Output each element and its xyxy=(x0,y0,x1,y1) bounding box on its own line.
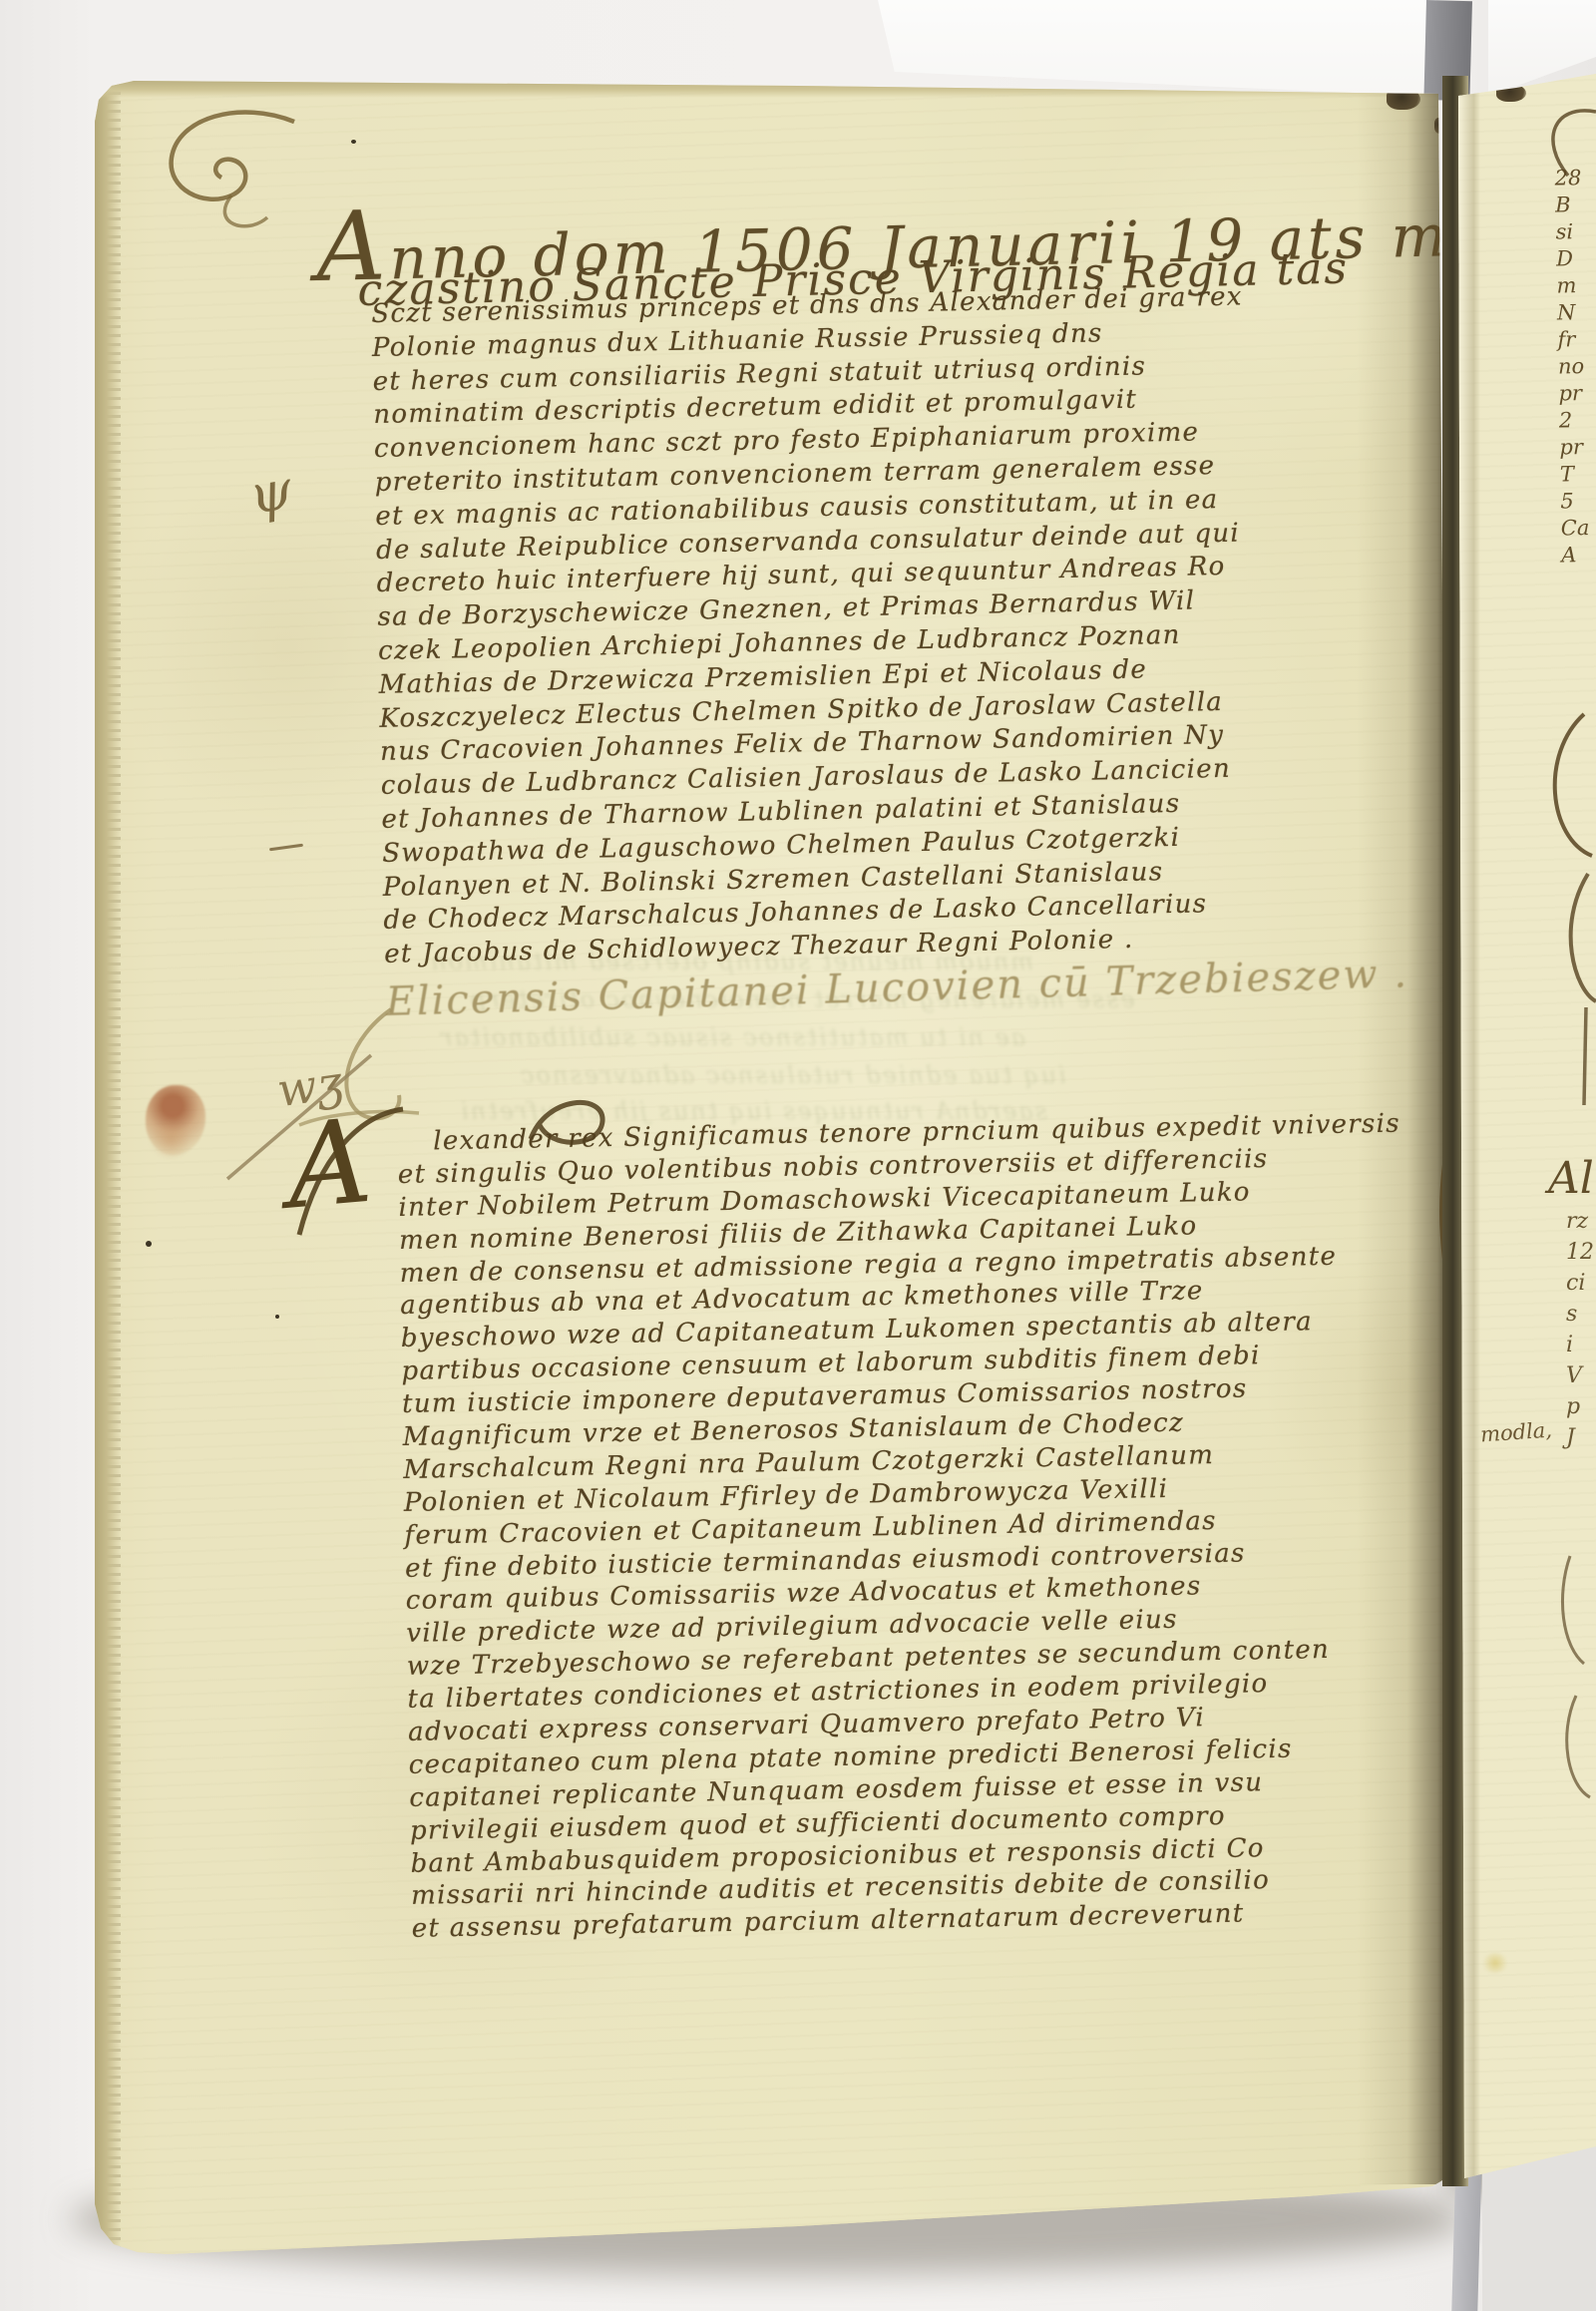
line-fragment: pr xyxy=(1558,380,1596,408)
ink-stain-halo xyxy=(150,1122,192,1158)
line-fragment: J xyxy=(1566,1425,1596,1456)
line-fragment: 12 xyxy=(1566,1240,1596,1271)
facing-page-margin-note: modla, xyxy=(1479,1418,1552,1447)
line-fragment: ci xyxy=(1566,1271,1596,1302)
line-fragment: s xyxy=(1566,1302,1596,1333)
interleaving-sheet-top xyxy=(878,0,1436,100)
line-fragment: p xyxy=(1566,1394,1596,1425)
line-fragment: A xyxy=(1561,542,1596,570)
line-fragment: si xyxy=(1555,218,1596,246)
bleed-through-line: ae ni tu matutitsnoc sisuac subilibanoit… xyxy=(439,1023,1025,1051)
line-fragment: N xyxy=(1557,299,1596,327)
line-fragment: 2 xyxy=(1559,407,1596,435)
yellow-smudge xyxy=(1482,1953,1508,1973)
line-fragment: i xyxy=(1566,1333,1596,1363)
paragraph-2-initial: A xyxy=(281,1094,376,1236)
paragraph-1: Sczt serenissimus princeps et dns dns Al… xyxy=(371,278,1411,972)
line-fragment: V xyxy=(1566,1363,1596,1394)
page-stack-edge-left xyxy=(95,80,121,2249)
paragraph-2: lexander rex Significamus tenore prncium… xyxy=(397,1108,1439,1947)
line-fragment: no xyxy=(1558,353,1596,381)
facing-page-initial-fragment: Al xyxy=(1548,1153,1594,1204)
paper-speck xyxy=(275,1315,279,1319)
manuscript-photo: mnuom meunet sudinp otercsed mitanimon e… xyxy=(0,0,1596,2311)
line-fragment: 28 xyxy=(1554,166,1596,193)
facing-page-line-fragments: 28BsiDmNfrnopr2prT5CaA xyxy=(1554,166,1596,571)
paper-speck xyxy=(146,1241,152,1247)
line-fragment: Ca xyxy=(1561,515,1596,543)
facing-page-line-fragments-lower: rz12cisiVpJ xyxy=(1566,1209,1596,1456)
line-fragment: B xyxy=(1555,193,1596,220)
line-fragment: pr xyxy=(1559,434,1596,462)
line-fragment: m xyxy=(1556,272,1596,300)
line-fragment: 5 xyxy=(1560,488,1596,516)
line-fragment: T xyxy=(1560,461,1596,489)
bleed-through-line: iuq tua ednied rutalusnoc adnavresnoc xyxy=(519,1061,1066,1089)
paper-speck xyxy=(351,140,356,144)
line-fragment: fr xyxy=(1557,326,1596,354)
line-fragment: D xyxy=(1556,245,1596,273)
line-fragment: rz xyxy=(1566,1209,1596,1240)
manuscript-left-page: mnuom meunet sudinp otercsed mitanimon e… xyxy=(0,0,1596,2311)
